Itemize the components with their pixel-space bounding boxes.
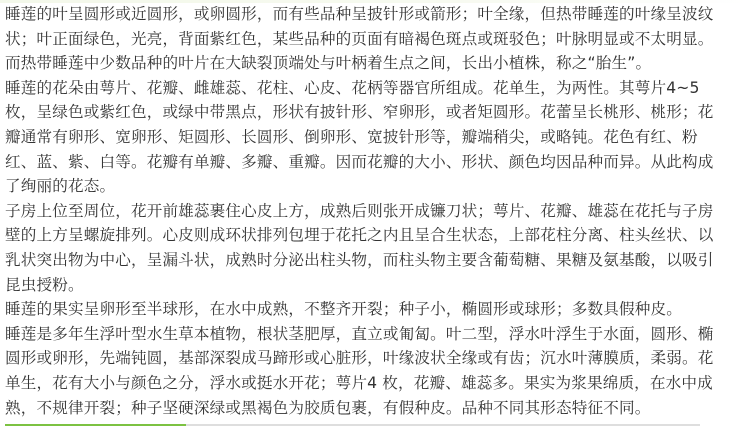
paragraph-flower-description: 睡莲的花朵由萼片、花瓣、雌雄蕊、花柱、心皮、花柄等器官所组成。花单生，为两性。其… <box>5 76 723 199</box>
scroll-progress-bar <box>5 424 700 426</box>
paragraph-fruit-description: 睡莲的果实呈卵形至半球形，在水中成熟，不整齐开裂；种子小，椭圆形或球形；多数具假… <box>5 297 723 322</box>
paragraph-ovary-description: 子房上位至周位，花开前雄蕊裹住心皮上方，成熟后则张开成镰刀状；萼片、花瓣、雄蕊在… <box>5 199 723 297</box>
article-body: 睡莲的叶呈圆形或近圆形，或卵圆形，而有些品种呈披针形或箭形；叶全缘，但热带睡莲的… <box>5 2 723 420</box>
paragraph-leaf-description: 睡莲的叶呈圆形或近圆形，或卵圆形，而有些品种呈披针形或箭形；叶全缘，但热带睡莲的… <box>5 2 723 76</box>
scroll-progress-fill <box>5 424 186 426</box>
paragraph-plant-overview: 睡莲是多年生浮叶型水生草本植物，根状茎肥厚，直立或匍匐。叶二型，浮水叶浮生于水面… <box>5 322 723 420</box>
